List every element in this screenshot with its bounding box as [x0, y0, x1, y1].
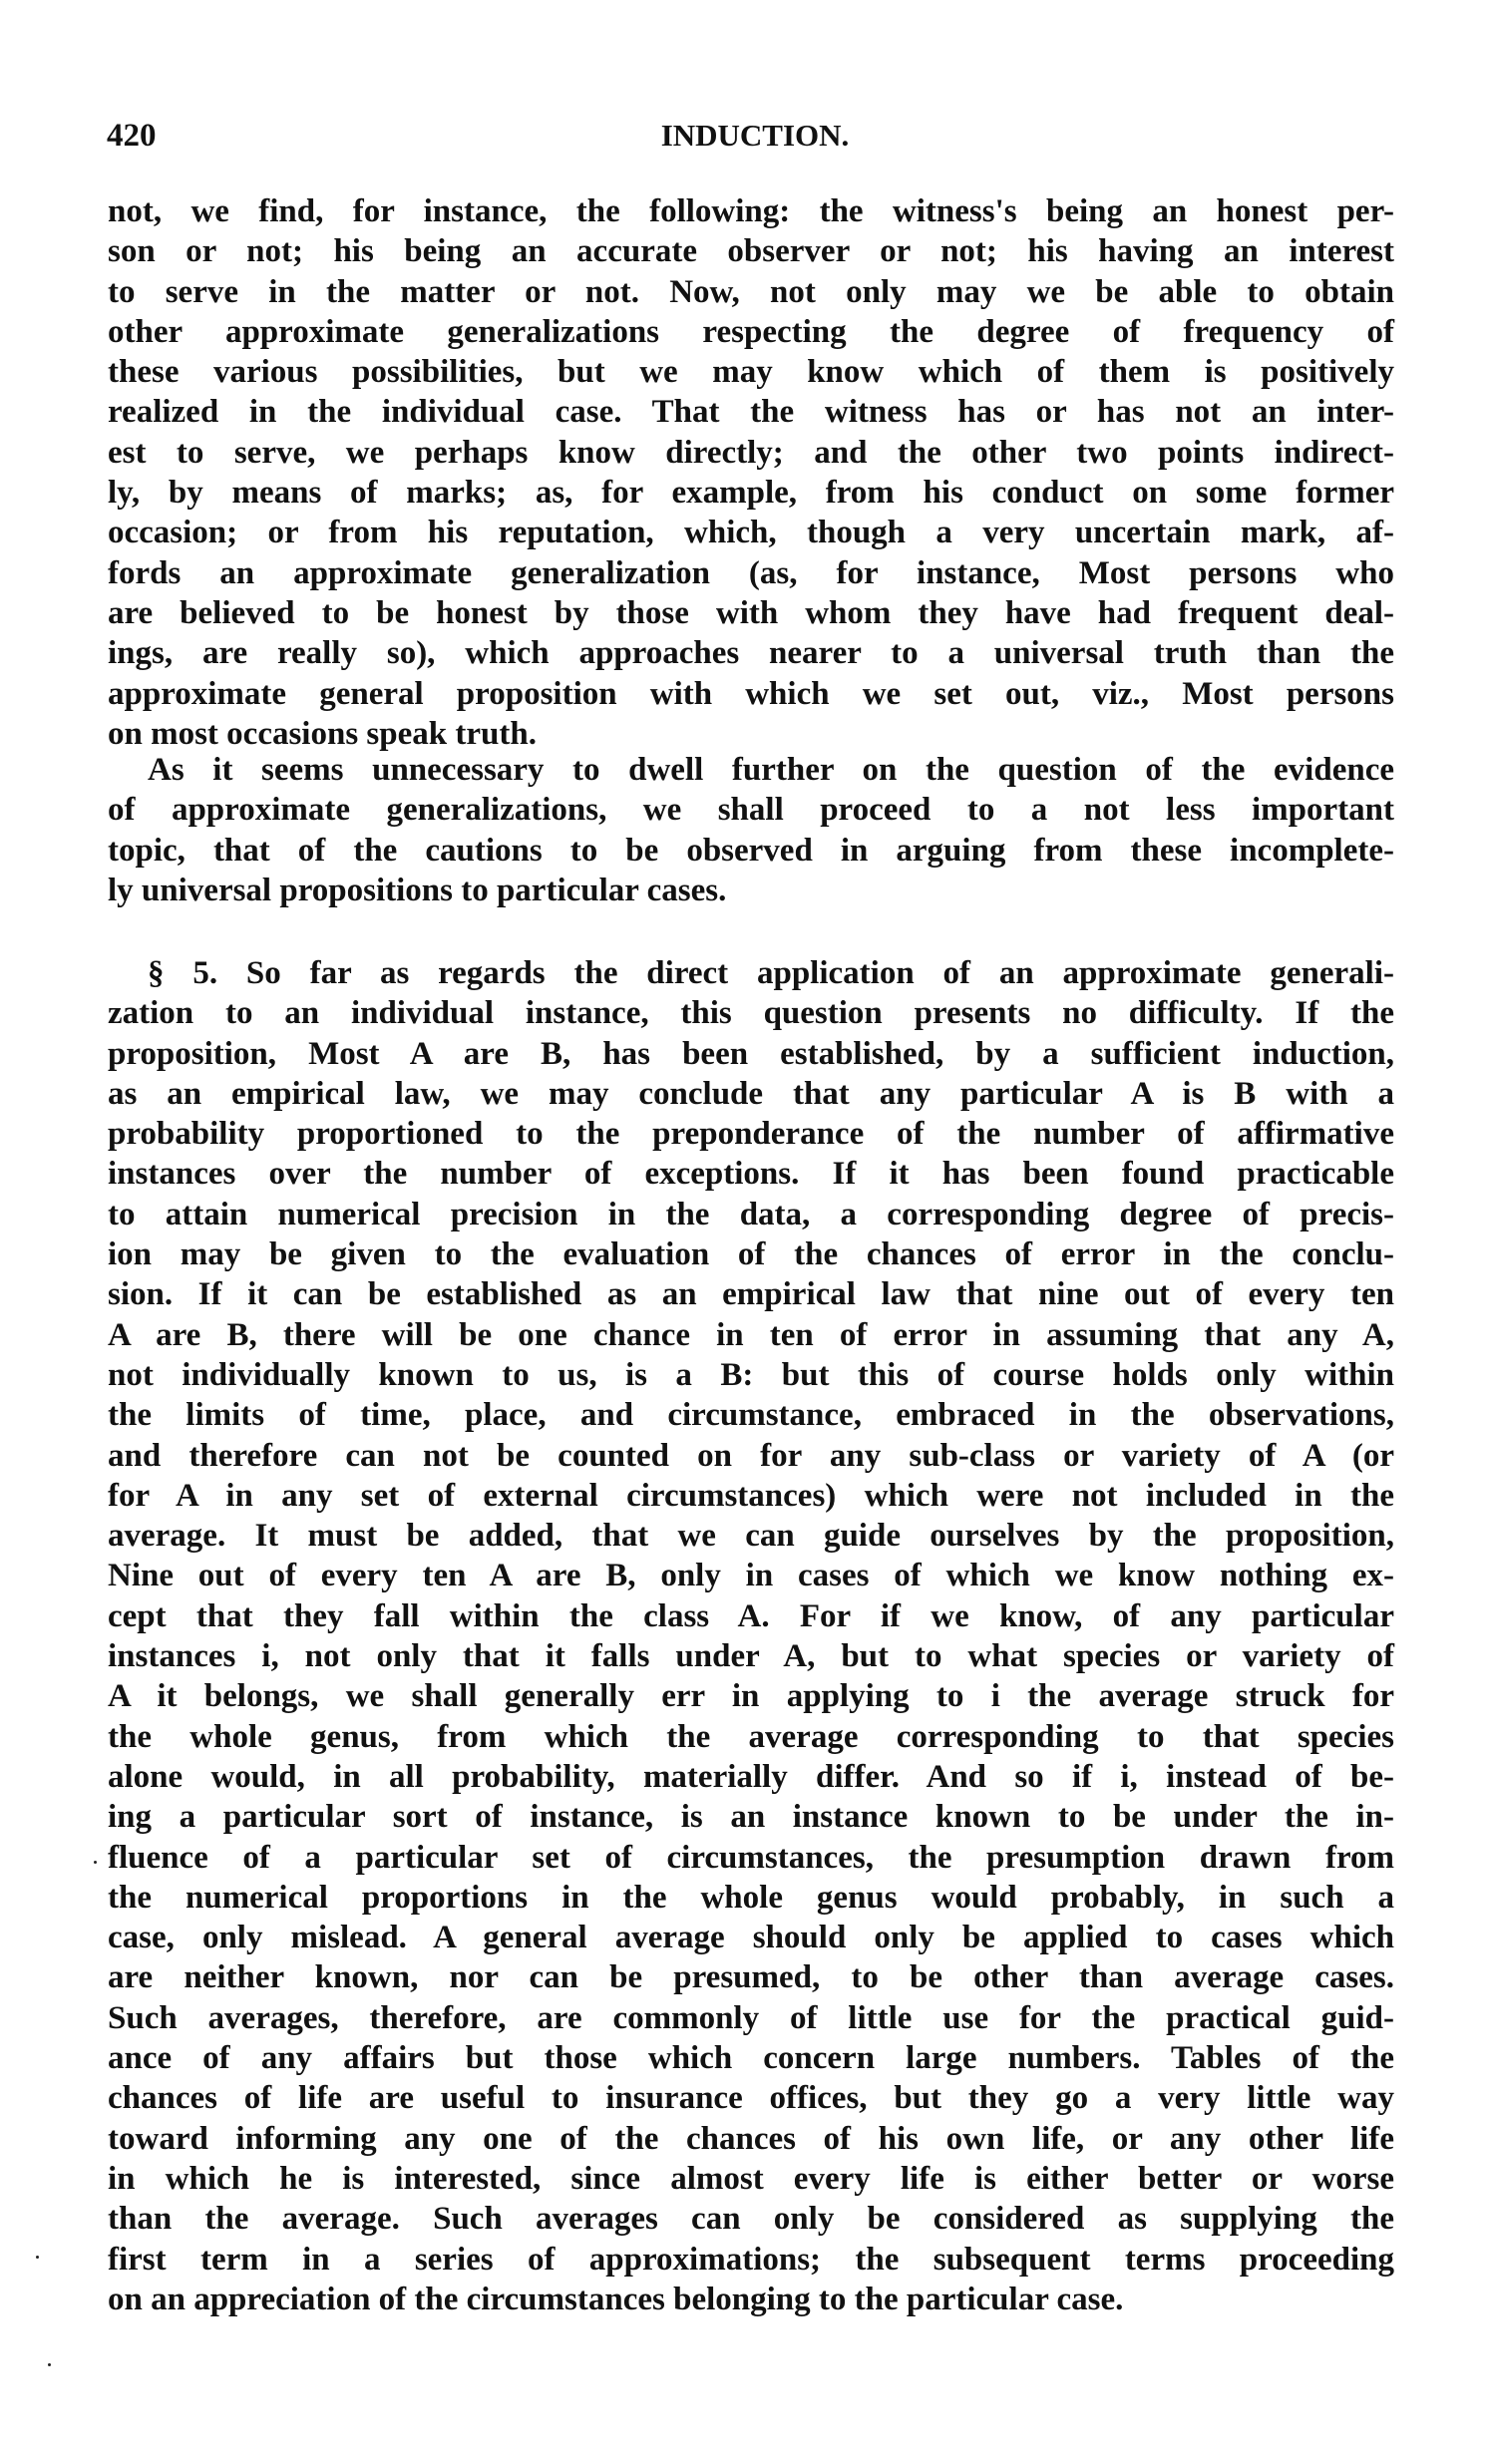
text-line: proposition, Most A are B, has been esta…: [108, 1034, 1394, 1074]
text-line: alone would, in all probability, materia…: [108, 1757, 1394, 1797]
text-line: fluence of a particular set of circumsta…: [108, 1838, 1394, 1878]
text-line: probability proportioned to the preponde…: [108, 1114, 1394, 1154]
text-line: the whole genus, from which the average …: [108, 1717, 1394, 1757]
running-title: INDUCTION.: [598, 116, 912, 156]
text-line: instances over the number of exceptions.…: [108, 1154, 1394, 1194]
scan-speck: [94, 1861, 97, 1864]
paragraph-2: As it seems unnecessary to dwell further…: [108, 750, 1394, 910]
text-line: ly, by means of marks; as, for example, …: [108, 473, 1394, 513]
text-line: and therefore can not be counted on for …: [108, 1436, 1394, 1476]
text-line: ings, are really so), which approaches n…: [108, 633, 1394, 673]
text-line: of approximate generalizations, we shall…: [108, 790, 1394, 830]
text-line: other approximate generalizations respec…: [108, 312, 1394, 352]
text-line: ion may be given to the evaluation of th…: [108, 1234, 1394, 1274]
text-line: topic, that of the cautions to be observ…: [108, 831, 1394, 871]
text-line: on most occasions speak truth.: [108, 714, 1394, 754]
text-line: not individually known to us, is a B: bu…: [108, 1355, 1394, 1395]
text-line: for A in any set of external circumstanc…: [108, 1476, 1394, 1516]
text-line: ly universal propositions to particular …: [108, 871, 1394, 910]
text-line: these various possibilities, but we may …: [108, 352, 1394, 392]
text-line: A are B, there will be one chance in ten…: [108, 1315, 1394, 1355]
text-line: est to serve, we perhaps know directly; …: [108, 433, 1394, 473]
paragraph-1: not, we find, for instance, the followin…: [108, 191, 1394, 754]
section-5-paragraph: § 5. So far as regards the direct applic…: [108, 953, 1394, 2319]
text-line: the numerical proportions in the whole g…: [108, 1878, 1394, 1918]
text-line: are neither known, nor can be presumed, …: [108, 1957, 1394, 1997]
text-line: first term in a series of approximations…: [108, 2240, 1394, 2280]
text-line: approximate general proposition with whi…: [108, 674, 1394, 714]
text-line: not, we find, for instance, the followin…: [108, 191, 1394, 231]
text-line: zation to an individual instance, this q…: [108, 993, 1394, 1033]
text-line: A it belongs, we shall generally err in …: [108, 1676, 1394, 1716]
scan-speck: [36, 2256, 39, 2259]
section-heading-line: § 5. So far as regards the direct applic…: [108, 953, 1394, 993]
text-line: to serve in the matter or not. Now, not …: [108, 272, 1394, 312]
text-line: toward informing any one of the chances …: [108, 2119, 1394, 2159]
text-line: Nine out of every ten A are B, only in c…: [108, 1556, 1394, 1595]
text-line: son or not; his being an accurate observ…: [108, 231, 1394, 271]
text-line: occasion; or from his reputation, which,…: [108, 513, 1394, 552]
text-line: to attain numerical precision in the dat…: [108, 1195, 1394, 1234]
text-line: instances i, not only that it falls unde…: [108, 1636, 1394, 1676]
text-line: ance of any affairs but those which conc…: [108, 2038, 1394, 2078]
text-line: on an appreciation of the circumstances …: [108, 2280, 1394, 2319]
text-line: realized in the individual case. That th…: [108, 392, 1394, 432]
text-line: as an empirical law, we may conclude tha…: [108, 1074, 1394, 1114]
text-line: the limits of time, place, and circumsta…: [108, 1395, 1394, 1435]
text-line: average. It must be added, that we can g…: [108, 1516, 1394, 1556]
text-line: ing a particular sort of instance, is an…: [108, 1797, 1394, 1837]
scan-speck: [48, 2363, 51, 2366]
text-line: Such averages, therefore, are commonly o…: [108, 1998, 1394, 2038]
text-line: sion. If it can be established as an emp…: [108, 1274, 1394, 1314]
text-line: As it seems unnecessary to dwell further…: [108, 750, 1394, 790]
page-number: 420: [107, 116, 157, 156]
text-line: chances of life are useful to insurance …: [108, 2078, 1394, 2118]
text-line: are believed to be honest by those with …: [108, 593, 1394, 633]
text-line: than the average. Such averages can only…: [108, 2199, 1394, 2239]
text-line: in which he is interested, since almost …: [108, 2159, 1394, 2199]
text-line: case, only mislead. A general average sh…: [108, 1918, 1394, 1957]
text-line: fords an approximate generalization (as,…: [108, 553, 1394, 593]
text-line: cept that they fall within the class A. …: [108, 1596, 1394, 1636]
